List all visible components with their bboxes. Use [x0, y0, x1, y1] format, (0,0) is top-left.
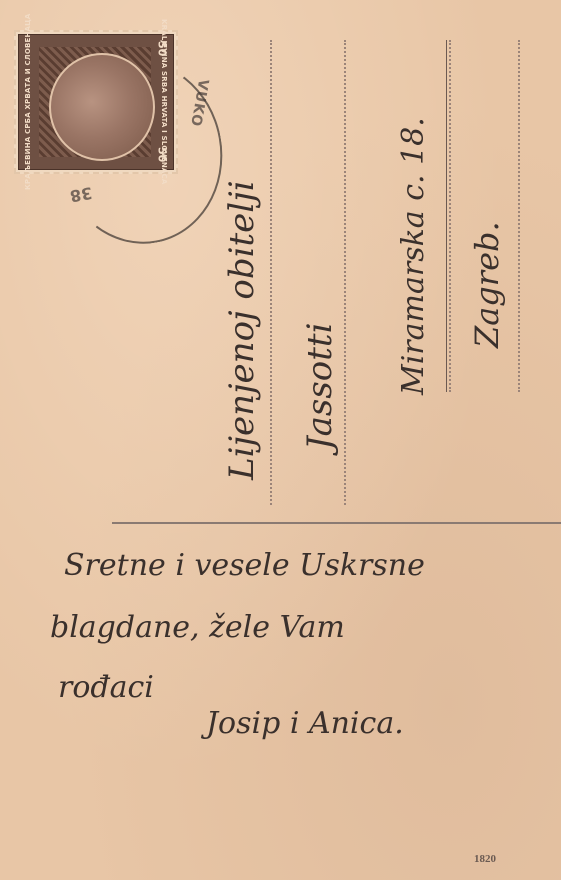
address-line-1	[270, 40, 272, 505]
signature: Josip i Anica.	[206, 706, 404, 741]
stamp-text-cyrillic: КРАЉЕВИНА СРБА ХРВАТА И СЛОВЕНАЦА	[19, 35, 37, 169]
address-city: Zagreb.	[468, 221, 506, 348]
address-recipient: Lijenjenoj obitelji	[222, 180, 262, 480]
address-line-3-dots	[449, 40, 451, 392]
postmark-date: 38	[69, 183, 94, 206]
address-line-3	[446, 40, 447, 392]
address-line-4	[518, 40, 520, 392]
print-number: 1820	[474, 853, 496, 865]
postcard: КРАЉЕВИНА СРБА ХРВАТА И СЛОВЕНАЦА KRALJE…	[0, 0, 561, 880]
message-line-3: rođaci	[58, 670, 154, 705]
address-line-2	[344, 40, 346, 505]
message-line-2: blagdane, žele Vam	[50, 610, 345, 645]
stamp-value-top: 50	[154, 39, 170, 59]
message-line-1: Sretne i vesele Uskrsne	[64, 548, 425, 583]
divider-line	[112, 522, 561, 524]
address-street: Miramarska c. 18.	[396, 117, 431, 395]
stamp-country-cyrillic: КРАЉЕВИНА	[24, 137, 32, 190]
stamp-subtitle-cyrillic: СРБА ХРВАТА И СЛОВЕНАЦА	[24, 14, 32, 134]
address-family-name: Jassotti	[300, 323, 340, 450]
